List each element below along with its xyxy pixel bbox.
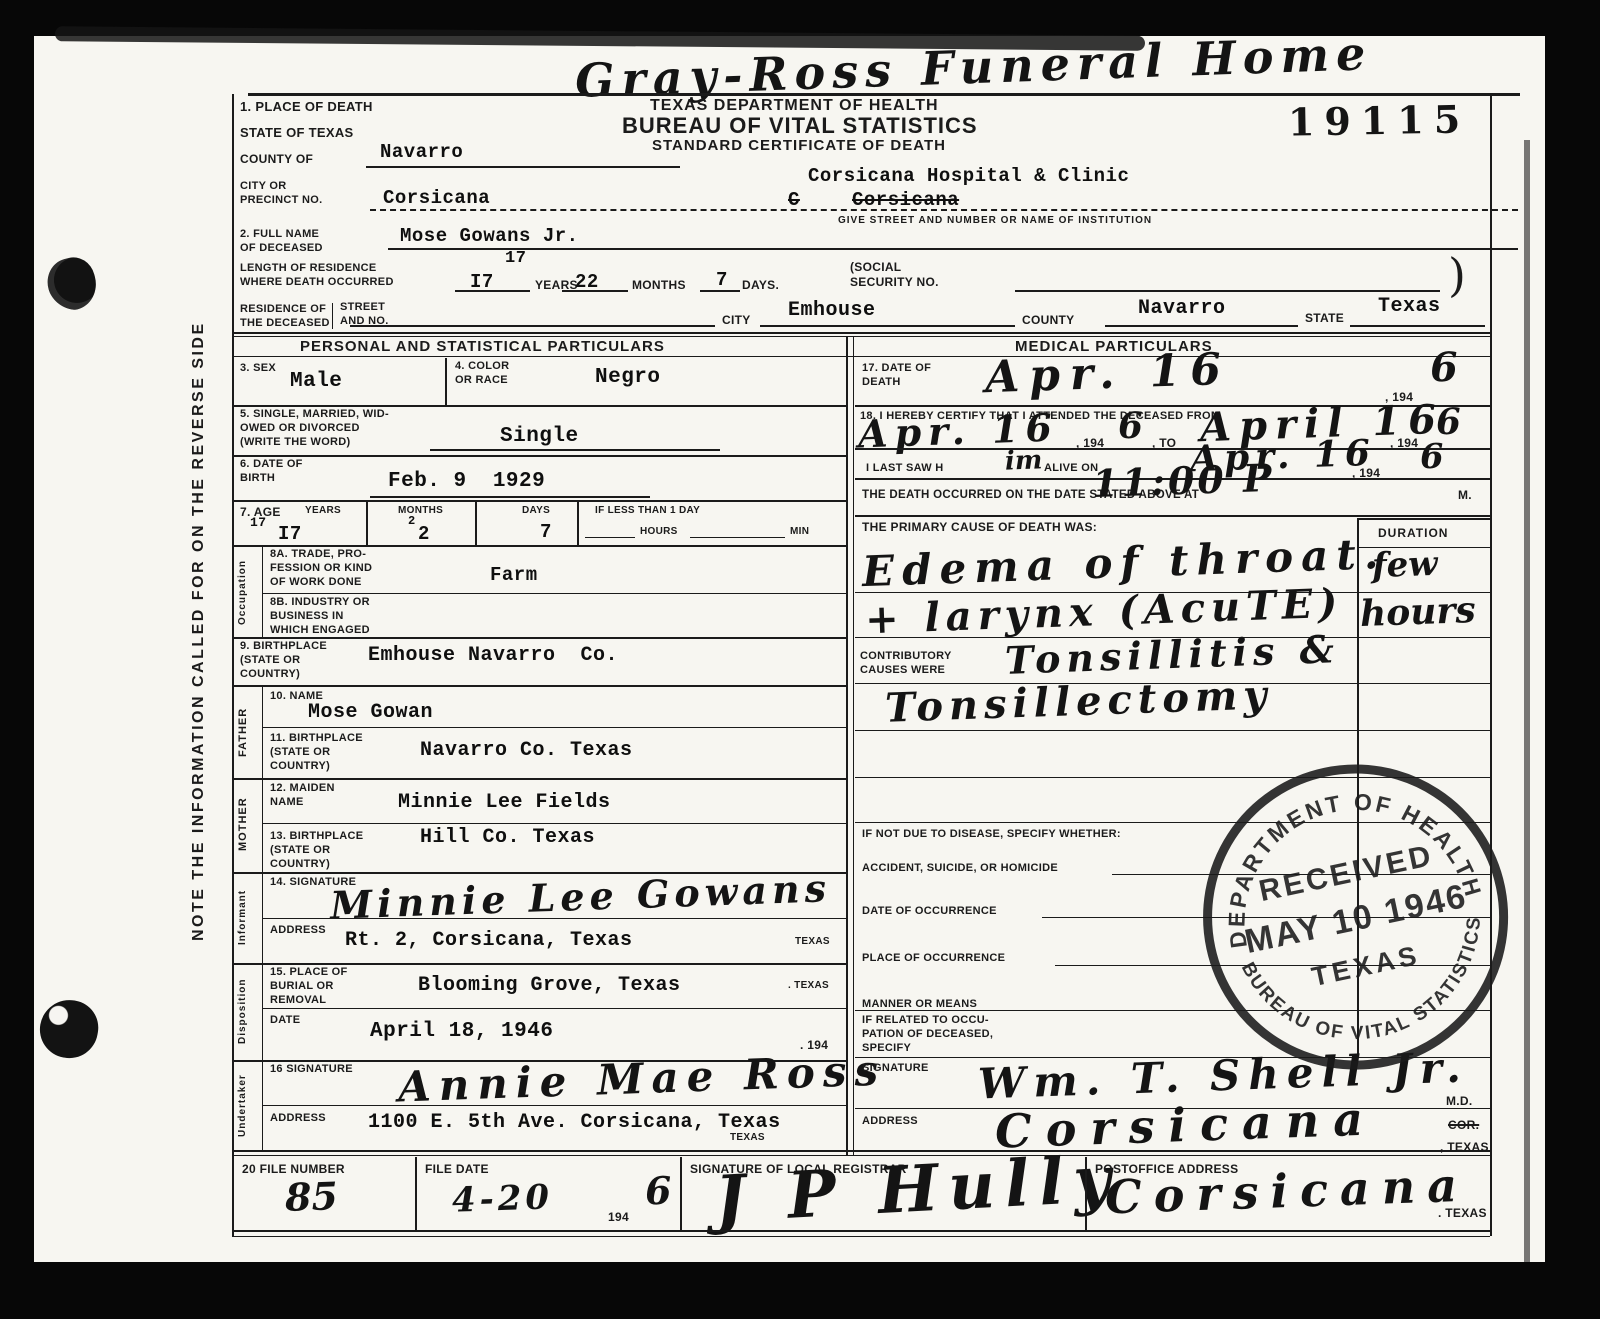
undertaker-signature-label: 16 SIGNATURE bbox=[270, 1063, 353, 1077]
date-of-death-value: Apr. 16 bbox=[984, 348, 1231, 401]
scan-edge-bottom bbox=[0, 1262, 1600, 1319]
divider bbox=[232, 332, 1490, 334]
writing-line bbox=[370, 496, 650, 498]
page-edge-shadow bbox=[1524, 140, 1530, 1262]
age-years-value: I7 bbox=[278, 524, 302, 545]
maiden-name-label: 12. MAIDEN NAME bbox=[270, 782, 335, 810]
writing-line bbox=[700, 290, 740, 292]
received-stamp-svg: DEPARTMENT OF HEALTH BUREAU OF VITAL STA… bbox=[1155, 722, 1556, 1115]
divider bbox=[1085, 1157, 1087, 1230]
mother-birthplace-value: Hill Co. Texas bbox=[420, 827, 595, 849]
writing-line bbox=[388, 248, 1518, 250]
trade-label: 8A. TRADE, PRO- FESSION OR KIND OF WORK … bbox=[270, 548, 372, 589]
divider bbox=[475, 500, 477, 545]
row-line bbox=[262, 1008, 846, 1009]
scan-edge-left bbox=[0, 0, 34, 1319]
father-group-label: FATHER bbox=[237, 688, 249, 776]
row-line bbox=[262, 727, 846, 728]
ssn-label: (SOCIAL SECURITY NO. bbox=[850, 260, 939, 290]
undertaker-address-label: ADDRESS bbox=[270, 1112, 326, 1126]
divider bbox=[577, 500, 579, 545]
row-line bbox=[232, 500, 846, 502]
length-residence-label: LENGTH OF RESIDENCE WHERE DEATH OCCURRED bbox=[240, 262, 394, 290]
row-line bbox=[262, 918, 846, 919]
accident-label: ACCIDENT, SUICIDE, OR HOMICIDE bbox=[862, 862, 1058, 876]
burial-label: 15. PLACE OF BURIAL OR REMOVAL bbox=[270, 966, 348, 1007]
undertaker-group-label: Undertaker bbox=[237, 1062, 248, 1150]
row-line bbox=[855, 730, 1490, 731]
last-saw-label-2: ALIVE ON bbox=[1044, 462, 1098, 476]
dob-value: Feb. 9 1929 bbox=[388, 470, 545, 493]
writing-line bbox=[430, 449, 720, 451]
center-divider bbox=[846, 336, 848, 1156]
sex-value: Male bbox=[290, 370, 342, 393]
physician-signature-label: SIGNATURE bbox=[862, 1062, 929, 1076]
scanned-death-certificate: NOTE THE INFORMATION CALLED FOR ON THE R… bbox=[0, 0, 1600, 1319]
state-of-texas-label: STATE OF TEXAS bbox=[240, 125, 354, 141]
color-race-value: Negro bbox=[595, 366, 661, 389]
attended-from-year: 6 bbox=[1117, 408, 1143, 445]
age-months-label: MONTHS bbox=[398, 505, 443, 518]
row-line bbox=[232, 685, 846, 687]
duration-value-2: hours bbox=[1359, 592, 1476, 632]
divider bbox=[262, 545, 263, 637]
file-number-value: 85 bbox=[284, 1177, 338, 1217]
close-paren: ) bbox=[1448, 252, 1466, 298]
institution-value: Corsicana Hospital & Clinic bbox=[808, 166, 1129, 187]
age-years-echo: 17 bbox=[250, 516, 267, 530]
give-street-caption: GIVE STREET AND NUMBER OR NAME OF INSTIT… bbox=[838, 215, 1152, 228]
divider bbox=[366, 500, 368, 545]
maiden-name-value: Minnie Lee Fields bbox=[398, 792, 611, 814]
residence-of-label: RESIDENCE OF THE DECEASED bbox=[240, 303, 330, 331]
row-line bbox=[232, 455, 846, 457]
full-name-label: 2. FULL NAME OF DECEASED bbox=[240, 228, 323, 256]
row-line bbox=[855, 448, 1490, 450]
personal-section-title: PERSONAL AND STATISTICAL PARTICULARS bbox=[300, 338, 665, 357]
hours-label: HOURS bbox=[640, 526, 678, 539]
primary-cause-label: THE PRIMARY CAUSE OF DEATH WAS: bbox=[862, 520, 1097, 535]
row-line bbox=[262, 823, 846, 824]
related-occupation-label: IF RELATED TO OCCU- PATION OF DECEASED, … bbox=[862, 1014, 993, 1055]
writing-line bbox=[1015, 290, 1440, 292]
father-name-value: Mose Gowan bbox=[308, 702, 433, 724]
scan-edge-right bbox=[1545, 0, 1600, 1319]
age-days-value: 7 bbox=[540, 522, 552, 543]
industry-label: 8B. INDUSTRY OR BUSINESS IN WHICH ENGAGE… bbox=[270, 596, 370, 637]
full-name-value: Mose Gowans Jr. bbox=[400, 226, 579, 247]
birthplace-label: 9. BIRTHPLACE (STATE OR COUNTRY) bbox=[240, 640, 327, 681]
marital-value: Single bbox=[500, 425, 579, 448]
informant-address-label: ADDRESS bbox=[270, 924, 326, 938]
city-label: CITY bbox=[722, 313, 751, 328]
mother-group-label: MOTHER bbox=[237, 780, 249, 868]
undertaker-address-value: 1100 E. 5th Ave. Corsicana, Texas bbox=[368, 1112, 781, 1134]
duration-label: DURATION bbox=[1378, 526, 1448, 541]
divider bbox=[232, 356, 1490, 357]
birthplace-value: Emhouse Navarro Co. bbox=[368, 645, 618, 667]
county-value: Navarro bbox=[380, 142, 463, 163]
months-label: MONTHS bbox=[632, 278, 686, 293]
county-of-label: COUNTY OF bbox=[240, 152, 313, 167]
bureau-title: BUREAU OF VITAL STATISTICS bbox=[622, 112, 978, 140]
writing-line bbox=[760, 325, 1015, 327]
state-label: STATE bbox=[1305, 311, 1344, 326]
burial-date-value: April 18, 1946 bbox=[370, 1020, 553, 1043]
center-divider bbox=[853, 336, 854, 1156]
last-saw-year: 6 bbox=[1419, 440, 1444, 475]
postoffice-value: Corsicana bbox=[1104, 1162, 1469, 1221]
color-race-label: 4. COLOR OR RACE bbox=[455, 360, 509, 388]
residence-years-above: 17 bbox=[505, 250, 526, 269]
row-line bbox=[232, 778, 846, 780]
writing-line bbox=[1350, 325, 1485, 327]
file-date-value: 4-20 bbox=[451, 1180, 553, 1218]
death-time-value: 11:00 P bbox=[1091, 459, 1275, 503]
mother-birthplace-label: 13. BIRTHPLACE (STATE OR COUNTRY) bbox=[270, 830, 363, 871]
place-occurrence-label: PLACE OF OCCURRENCE bbox=[862, 952, 1005, 966]
min-label: MIN bbox=[790, 526, 809, 539]
date-occurrence-label: DATE OF OCCURRENCE bbox=[862, 905, 997, 919]
days-label: DAYS. bbox=[742, 278, 779, 293]
age-months-echo: 2 bbox=[408, 515, 416, 528]
divider bbox=[232, 1150, 1490, 1152]
age-days-label: DAYS bbox=[522, 505, 550, 518]
m-label: M. bbox=[1458, 488, 1472, 503]
last-saw-label-1: I LAST SAW H bbox=[866, 462, 944, 476]
writing-line bbox=[1105, 325, 1298, 327]
margin-note: NOTE THE INFORMATION CALLED FOR ON THE R… bbox=[190, 295, 208, 967]
row-line bbox=[232, 405, 846, 407]
divider bbox=[232, 1230, 1490, 1232]
standard-cert-title: STANDARD CERTIFICATE OF DEATH bbox=[652, 137, 946, 156]
divider bbox=[232, 1236, 1490, 1237]
occupation-group-label: Occupation bbox=[237, 548, 248, 636]
stamp-state: TEXAS bbox=[1309, 940, 1423, 992]
attended-to-year: 6 bbox=[1435, 404, 1461, 441]
divider bbox=[680, 1157, 682, 1230]
texas-printed: TEXAS bbox=[795, 936, 830, 949]
age-months-value: 2 bbox=[418, 524, 430, 545]
disposition-group-label: Disposition bbox=[237, 966, 248, 1056]
md-label: M.D. bbox=[1446, 1094, 1473, 1109]
residence-state-value: Texas bbox=[1378, 296, 1441, 318]
informant-address-value: Rt. 2, Corsicana, Texas bbox=[345, 930, 633, 952]
burial-value: Blooming Grove, Texas bbox=[418, 975, 681, 997]
county-label: COUNTY bbox=[1022, 313, 1074, 328]
sex-label: 3. SEX bbox=[240, 362, 276, 376]
informant-group-label: Informant bbox=[237, 875, 248, 960]
certificate-number: 19115 bbox=[1288, 96, 1471, 144]
place-of-death-label: 1. PLACE OF DEATH bbox=[240, 99, 373, 115]
divider bbox=[232, 336, 1490, 337]
last-saw-him: im bbox=[1005, 447, 1043, 474]
undertaker-texas-printed: TEXAS bbox=[730, 1132, 765, 1145]
row-line bbox=[232, 545, 846, 547]
form-border-right bbox=[1490, 94, 1492, 1236]
contributory-label: CONTRIBUTORY CAUSES WERE bbox=[860, 650, 952, 678]
row-line bbox=[262, 1105, 846, 1106]
father-birthplace-value: Navarro Co. Texas bbox=[420, 740, 633, 762]
struck-c: C bbox=[788, 190, 800, 211]
dob-label: 6. DATE OF BIRTH bbox=[240, 458, 303, 486]
row-line bbox=[232, 637, 846, 639]
printed-194: 194 bbox=[608, 1210, 629, 1225]
writing-line bbox=[690, 537, 785, 538]
physician-texas-label: , TEXAS bbox=[1440, 1140, 1489, 1155]
file-date-label: FILE DATE bbox=[425, 1162, 489, 1177]
struck-city: Corsicana bbox=[852, 190, 959, 211]
not-disease-label: IF NOT DUE TO DISEASE, SPECIFY WHETHER: bbox=[862, 828, 1121, 842]
city-value: Corsicana bbox=[383, 188, 490, 209]
if-less-label: IF LESS THAN 1 DAY bbox=[595, 505, 700, 518]
marital-label: 5. SINGLE, MARRIED, WID- OWED OR DIVORCE… bbox=[240, 408, 389, 449]
writing-line bbox=[585, 537, 635, 538]
residence-county-value: Navarro bbox=[1138, 298, 1226, 320]
date-of-death-year: 6 bbox=[1429, 348, 1458, 389]
cor-struck-label: COR. bbox=[1448, 1118, 1479, 1133]
burial-texas-printed: . TEXAS bbox=[788, 980, 829, 993]
divider bbox=[332, 303, 333, 329]
residence-days-value: 7 bbox=[716, 270, 728, 291]
age-years-label: YEARS bbox=[305, 505, 341, 518]
burial-date-label: DATE bbox=[270, 1014, 300, 1028]
row-line bbox=[855, 515, 1490, 517]
trade-value: Farm bbox=[490, 565, 538, 586]
date-of-death-label: 17. DATE OF DEATH bbox=[862, 362, 931, 390]
contributory-value-1: Tonsillitis & bbox=[1004, 630, 1340, 680]
form-border-left bbox=[232, 94, 234, 1236]
postoffice-texas-label: . TEXAS bbox=[1438, 1206, 1487, 1221]
divider bbox=[445, 358, 447, 405]
duration-box-top bbox=[1357, 518, 1490, 520]
divider bbox=[415, 1157, 417, 1230]
writing-line bbox=[562, 290, 628, 292]
received-stamp: DEPARTMENT OF HEALTH BUREAU OF VITAL STA… bbox=[1155, 722, 1556, 1115]
city-precinct-label: CITY OR PRECINCT NO. bbox=[240, 180, 322, 208]
physician-address-label: ADDRESS bbox=[862, 1115, 918, 1129]
father-birthplace-label: 11. BIRTHPLACE (STATE OR COUNTRY) bbox=[270, 732, 363, 773]
writing-line bbox=[455, 290, 530, 292]
writing-line bbox=[366, 166, 680, 168]
writing-line bbox=[350, 325, 715, 327]
file-date-year: 6 bbox=[644, 1172, 672, 1211]
row-line bbox=[262, 593, 846, 594]
residence-city-value: Emhouse bbox=[788, 300, 876, 322]
duration-value-1: few bbox=[1371, 547, 1438, 583]
row-line bbox=[232, 963, 846, 965]
